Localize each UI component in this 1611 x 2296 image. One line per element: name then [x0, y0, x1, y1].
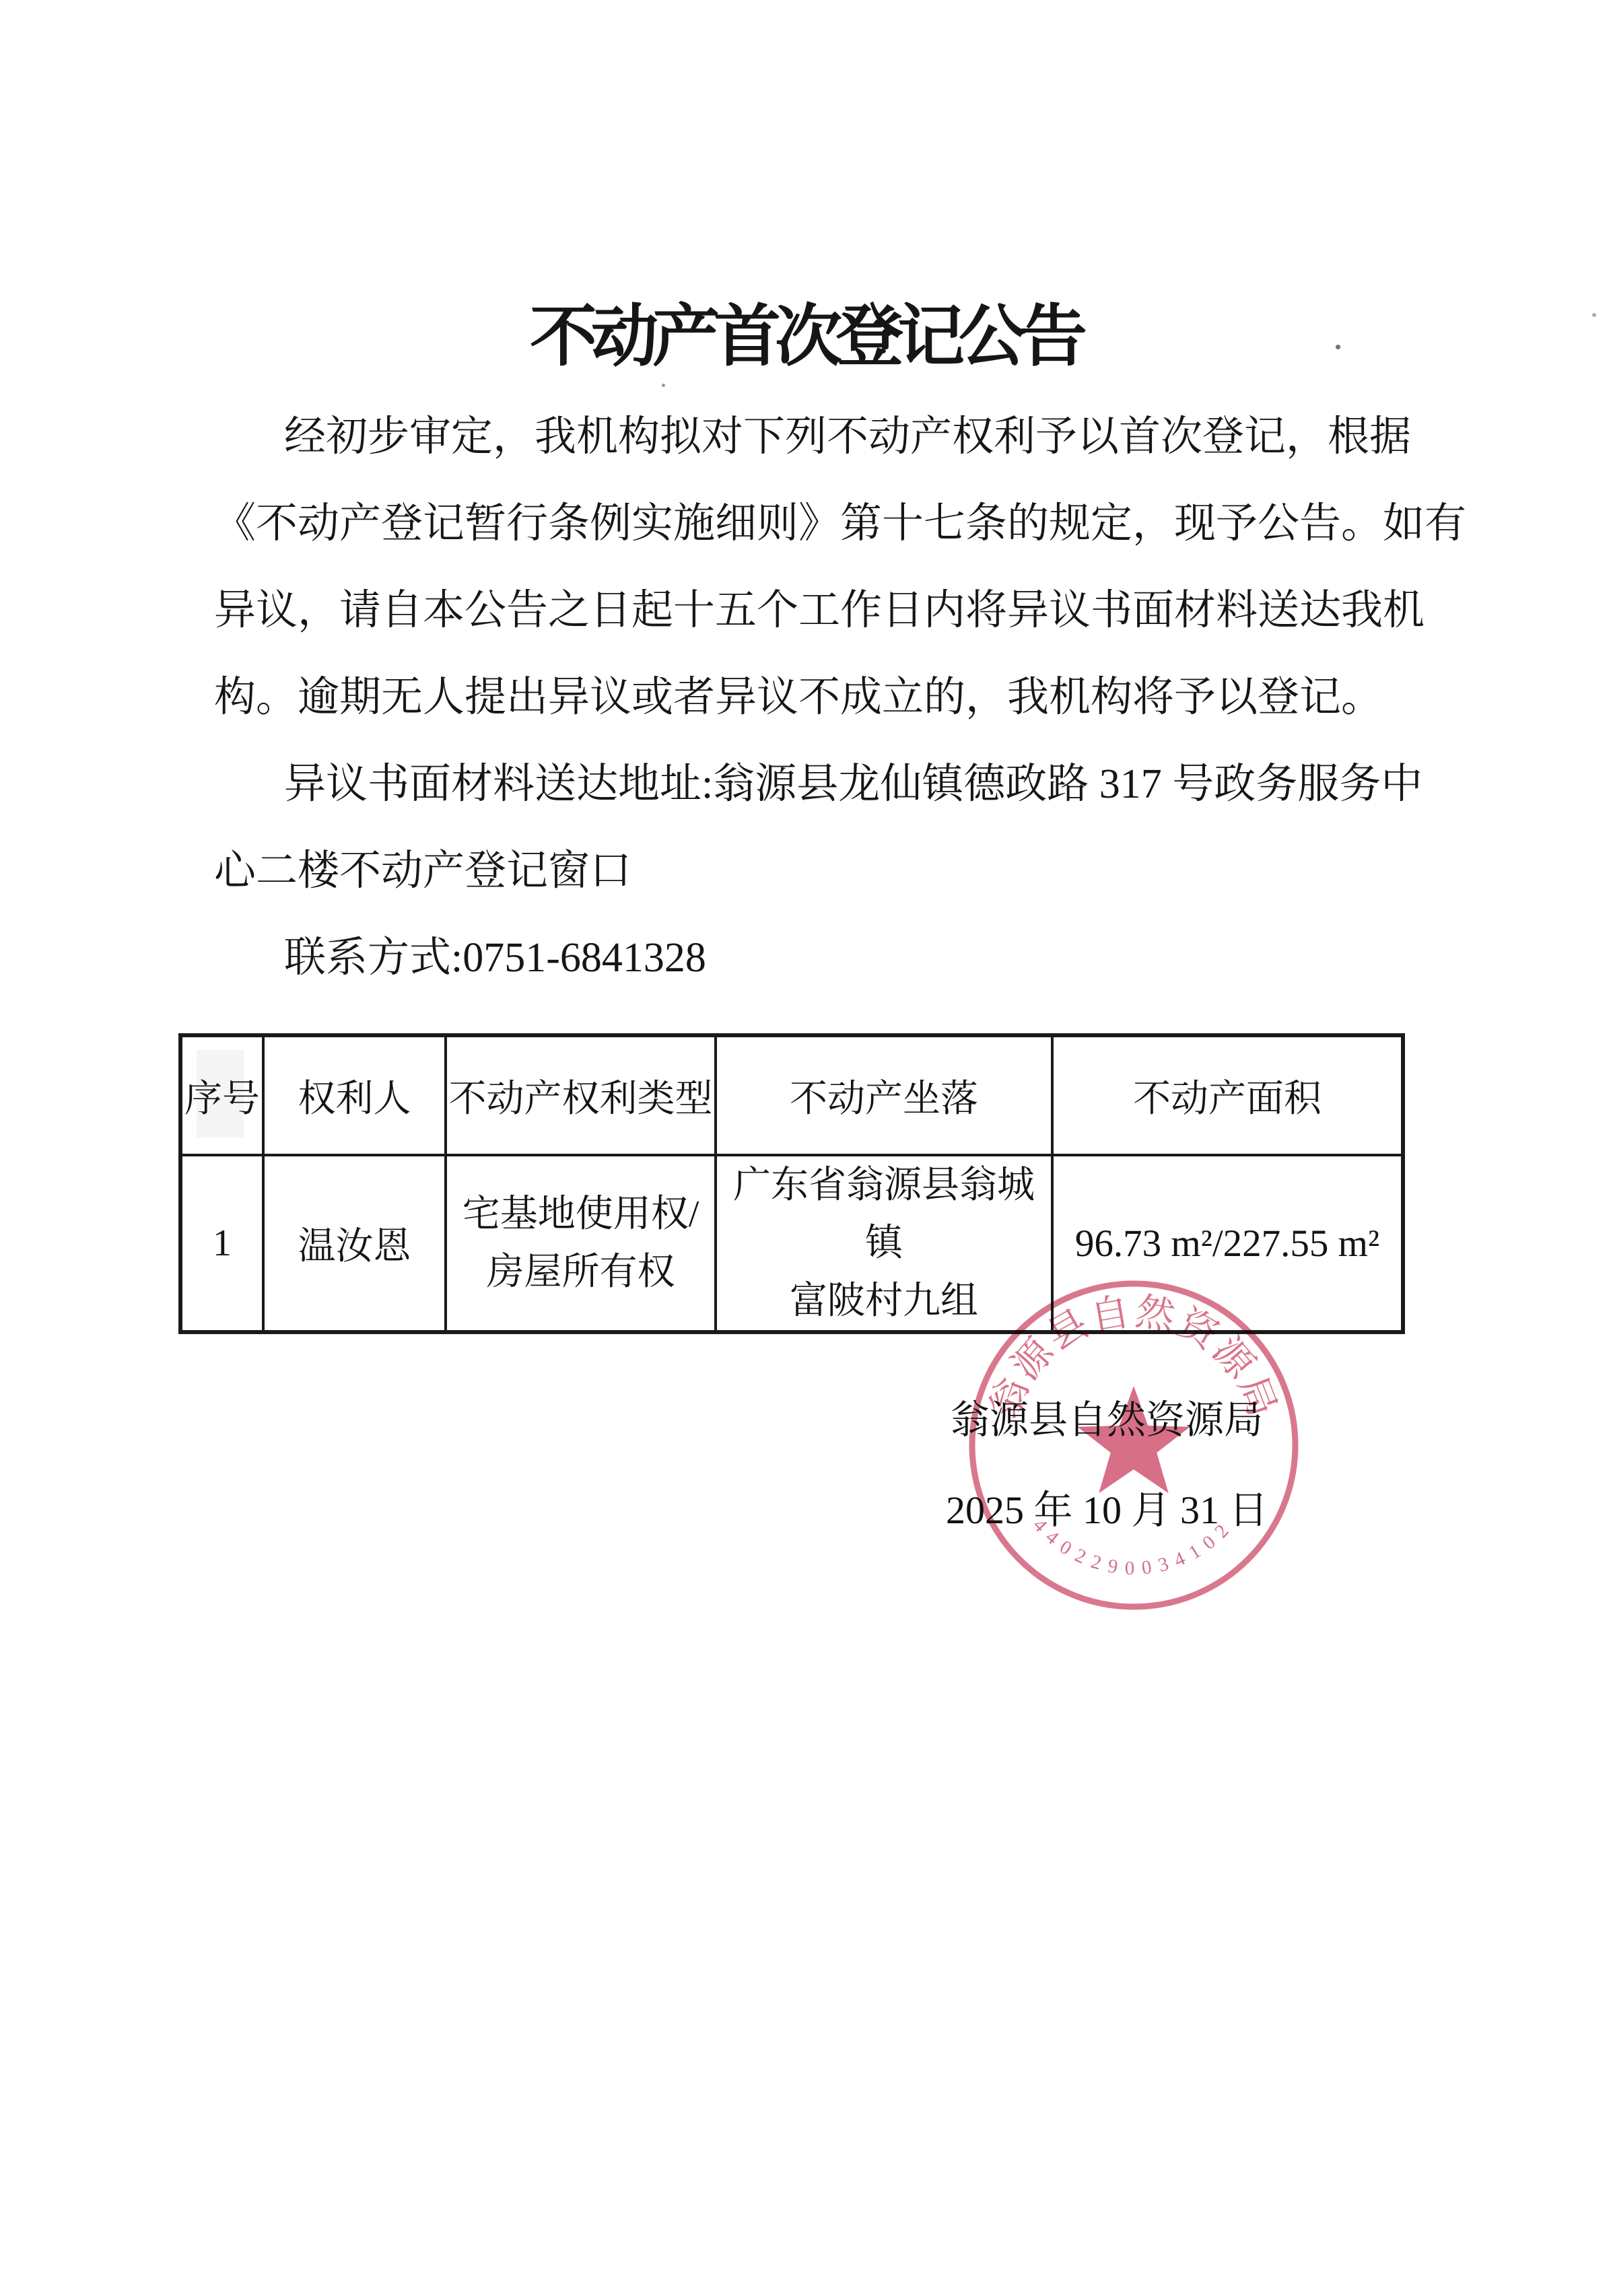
body-line: 《不动产登记暂行条例实施细则》第十七条的规定，现予公告。如有: [214, 481, 1493, 567]
scan-speck: [1336, 345, 1340, 349]
header-right-type: 不动产权利类型: [446, 1035, 716, 1155]
body-line-address: 异议书面材料送达地址:翁源县龙仙镇德政路 317 号政务服务中: [214, 741, 1493, 828]
issuing-agency-name: 翁源县自然资源局: [951, 1388, 1263, 1445]
body-line: 构。逾期无人提出异议或者异议不成立的，我机构将予以登记。: [214, 654, 1493, 741]
seal-graphic: 翁源县自然资源局 4402290034102: [959, 1270, 1309, 1620]
issue-date: 2025 年 10 月 31 日: [946, 1478, 1268, 1535]
right-type-line: 房屋所有权: [447, 1243, 714, 1301]
body-line-contact: 联系方式:0751-6841328: [214, 915, 1493, 1002]
header-area: 不动产面积: [1052, 1035, 1403, 1155]
announcement-body: 经初步审定，我机构拟对下列不动产权利予以首次登记，根据 《不动产登记暂行条例实施…: [214, 394, 1493, 1002]
scan-smudge: [197, 1050, 244, 1138]
table-header-row: 序号 权利人 不动产权利类型 不动产坐落 不动产面积: [180, 1035, 1403, 1155]
header-location: 不动产坐落: [716, 1035, 1052, 1155]
body-line-address: 心二楼不动产登记窗口: [214, 828, 1493, 915]
body-line: 经初步审定，我机构拟对下列不动产权利予以首次登记，根据: [214, 394, 1493, 481]
scan-speck: [1592, 313, 1596, 317]
announcement-document-page: 不动产首次登记公告 经初步审定，我机构拟对下列不动产权利予以首次登记，根据 《不…: [0, 0, 1611, 2296]
page-title: 不动产首次登记公告: [0, 282, 1611, 379]
scan-speck: [662, 384, 665, 387]
body-line: 异议，请自本公告之日起十五个工作日内将异议书面材料送达我机: [214, 567, 1493, 654]
location-line: 广东省翁源县翁城镇: [717, 1156, 1051, 1272]
right-type-line: 宅基地使用权/: [447, 1185, 714, 1243]
cell-right-type: 宅基地使用权/ 房屋所有权: [446, 1155, 716, 1332]
cell-seq: 1: [180, 1155, 263, 1332]
official-seal-stamp: 翁源县自然资源局 4402290034102: [959, 1270, 1309, 1620]
cell-holder: 温汝恩: [263, 1155, 446, 1332]
header-holder: 权利人: [263, 1035, 446, 1155]
